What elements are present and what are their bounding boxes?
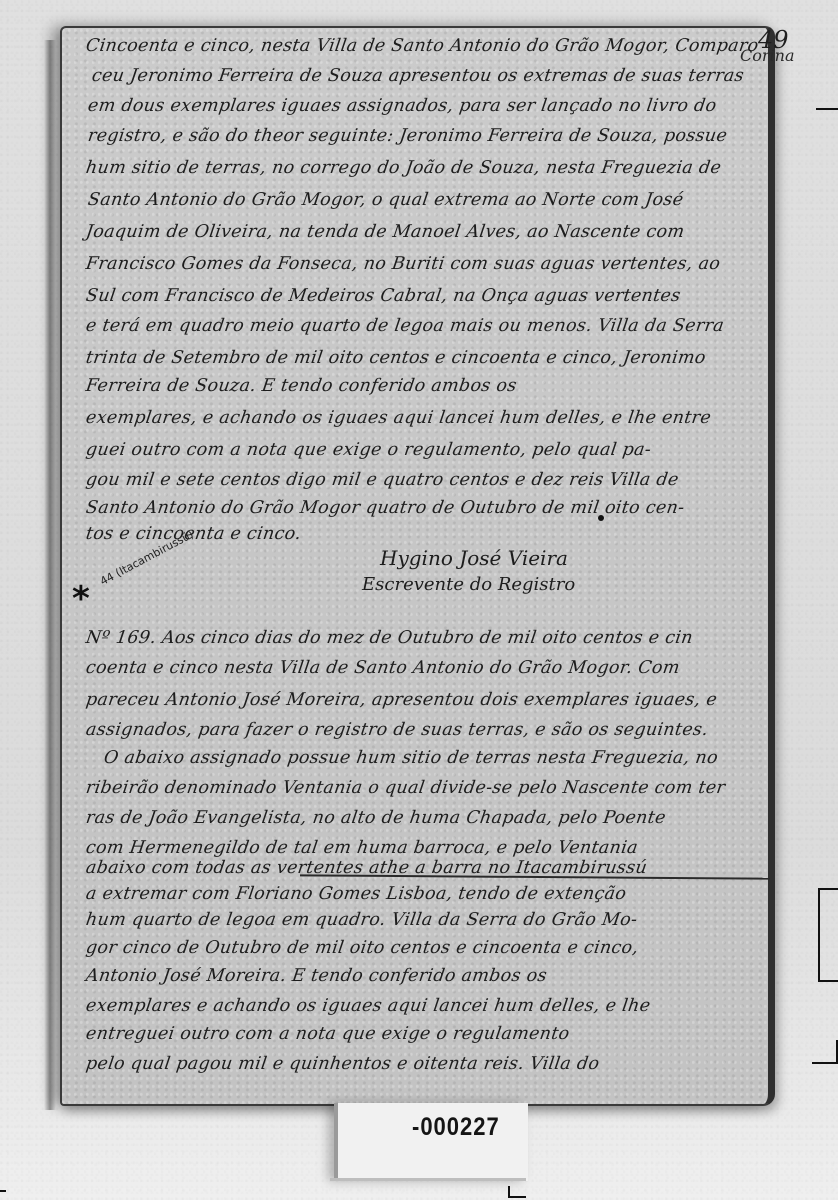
text-line: coenta e cinco nesta Villa de Santo Anto…	[85, 658, 681, 678]
text-line: entreguei outro com a nota que exige o r…	[85, 1024, 571, 1044]
asterisk-mark: *	[72, 582, 90, 616]
text-line: Sul com Francisco de Medeiros Cabral, na…	[85, 286, 682, 306]
crop-mark	[818, 888, 838, 982]
text-line: Santo Antonio do Grão Mogor, o qual extr…	[87, 190, 685, 210]
text-line: Cincoenta e cinco, nesta Villa de Santo …	[85, 36, 760, 56]
text-line: Ferreira de Souza. E tendo conferido amb…	[85, 376, 518, 396]
text-line: hum quarto de legoa em quadro. Villa da …	[85, 910, 639, 930]
text-line: gou mil e sete centos digo mil e quatro …	[85, 470, 680, 490]
text-line: Nº 169. Aos cinco dias do mez de Outubro…	[85, 628, 695, 648]
text-line: ceu Jeronimo Ferreira de Souza apresento…	[91, 66, 746, 86]
crop-mark	[508, 1186, 526, 1198]
archive-stamp-number: -000227	[412, 1112, 500, 1142]
text-line: trinta de Setembro de mil oito centos e …	[85, 348, 708, 368]
text-line: em dous exemplares iguaes assignados, pa…	[87, 96, 718, 116]
text-line: Joaquim de Oliveira, na tenda de Manoel …	[85, 222, 686, 242]
text-line: Santo Antonio do Grão Mogor quatro de Ou…	[85, 498, 686, 518]
text-line: exemplares, e achando os iguaes aqui lan…	[85, 408, 713, 428]
text-line: O abaixo assignado possue hum sitio de t…	[103, 748, 720, 768]
text-line: pelo qual pagou mil e quinhentos e oiten…	[85, 1054, 601, 1074]
crop-mark	[0, 1190, 6, 1192]
text-line: registro, e são do theor seguinte: Jeron…	[87, 126, 729, 146]
text-line: ras de João Evangelista, no alto de huma…	[85, 808, 667, 828]
text-line: com Hermenegildo de tal em huma barroca,…	[85, 838, 640, 858]
text-line: Francisco Gomes da Fonseca, no Buriti co…	[85, 254, 722, 274]
text-line: exemplares e achando os iguaes aqui lanc…	[85, 996, 652, 1016]
signature-name: Hygino José Vieira	[380, 546, 568, 570]
binding-shadow	[44, 40, 56, 1110]
text-line: tos e cincoenta e cinco.	[85, 524, 303, 544]
signature-title: Escrevente do Registro	[362, 574, 575, 595]
ink-blot	[598, 515, 604, 521]
text-line: assignados, para fazer o registro de sua…	[85, 720, 710, 740]
crop-mark	[816, 108, 838, 110]
text-line: Antonio José Moreira. E tendo conferido …	[85, 966, 549, 986]
text-line: guei outro com a nota que exige o regula…	[85, 440, 653, 460]
text-line: gor cinco de Outubro de mil oito centos …	[85, 938, 640, 958]
stamp-slip-edge	[330, 1178, 526, 1181]
crop-mark	[812, 1040, 838, 1064]
text-line: pareceu Antonio José Moreira, apresentou…	[85, 690, 719, 710]
text-line: e terá em quadro meio quarto de legoa ma…	[85, 316, 726, 336]
text-line: a extremar com Floriano Gomes Lisboa, te…	[85, 884, 628, 904]
text-line: hum sitio de terras, no corrego do João …	[85, 158, 723, 178]
text-line: ribeirão denominado Ventania o qual divi…	[85, 778, 727, 798]
